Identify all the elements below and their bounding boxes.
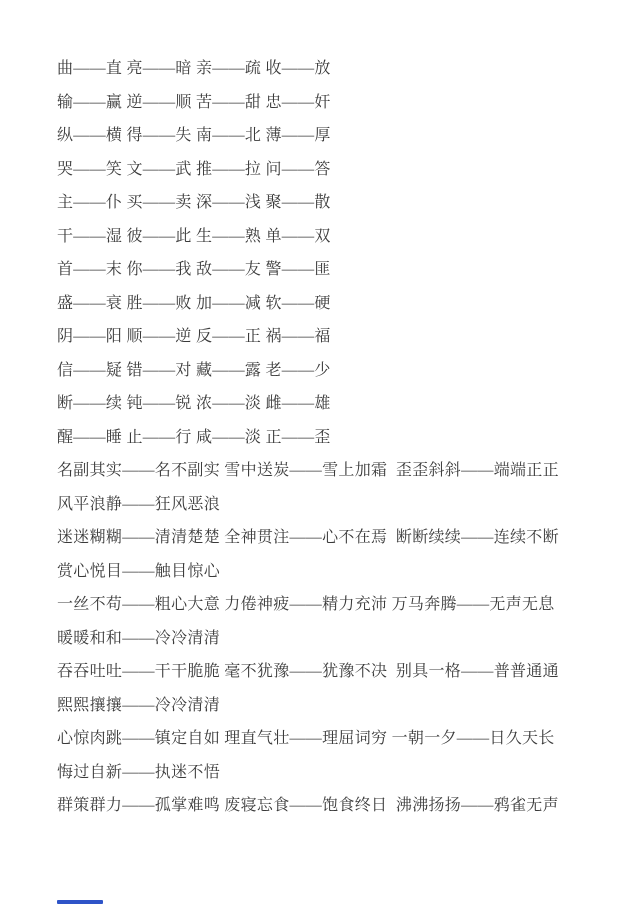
antonym-line: 纵——横 得——失 南——北 薄——厚 [57,119,600,153]
antonym-line: 阴——阳 顺——逆 反——正 祸——福 [57,320,600,354]
footer-divider-line [57,900,103,904]
antonym-line: 哭——笑 文——武 推——拉 问——答 [57,153,600,187]
antonym-line: 信——疑 错——对 藏——露 老——少 [57,354,600,388]
antonym-line: 赏心悦目——触目惊心 [57,555,600,589]
antonym-line: 风平浪静——狂风恶浪 [57,488,600,522]
antonym-line: 心惊肉跳——镇定自如 理直气壮——理屈词穷 一朝一夕——日久天长 [57,722,600,756]
antonym-line: 输——赢 逆——顺 苦——甜 忠——奸 [57,86,600,120]
word-list: 曲——直 亮——暗 亲——疏 收——放输——赢 逆——顺 苦——甜 忠——奸纵—… [57,52,600,823]
antonym-line: 暖暖和和——冷冷清清 [57,622,600,656]
antonym-line: 干——湿 彼——此 生——熟 单——双 [57,220,600,254]
antonym-line: 熙熙攘攘——冷冷清清 [57,689,600,723]
antonym-line: 主——仆 买——卖 深——浅 聚——散 [57,186,600,220]
antonym-line: 吞吞吐吐——干干脆脆 毫不犹豫——犹豫不决 别具一格——普普通通 [57,655,600,689]
antonym-line: 醒——睡 止——行 咸——淡 正——歪 [57,421,600,455]
antonym-line: 名副其实——名不副实 雪中送炭——雪上加霜 歪歪斜斜——端端正正 [57,454,600,488]
antonym-line: 断——续 钝——锐 浓——淡 雌——雄 [57,387,600,421]
antonym-line: 首——末 你——我 敌——友 警——匪 [57,253,600,287]
antonym-line: 群策群力——孤掌难鸣 废寝忘食——饱食终日 沸沸扬扬——鸦雀无声 [57,789,600,823]
antonym-line: 一丝不苟——粗心大意 力倦神疲——精力充沛 万马奔腾——无声无息 [57,588,600,622]
document-page: 曲——直 亮——暗 亲——疏 收——放输——赢 逆——顺 苦——甜 忠——奸纵—… [0,0,640,905]
antonym-line: 盛——衰 胜——败 加——减 软——硬 [57,287,600,321]
antonym-line: 迷迷糊糊——清清楚楚 全神贯注——心不在焉 断断续续——连续不断 [57,521,600,555]
antonym-line: 曲——直 亮——暗 亲——疏 收——放 [57,52,600,86]
antonym-line: 悔过自新——执迷不悟 [57,756,600,790]
